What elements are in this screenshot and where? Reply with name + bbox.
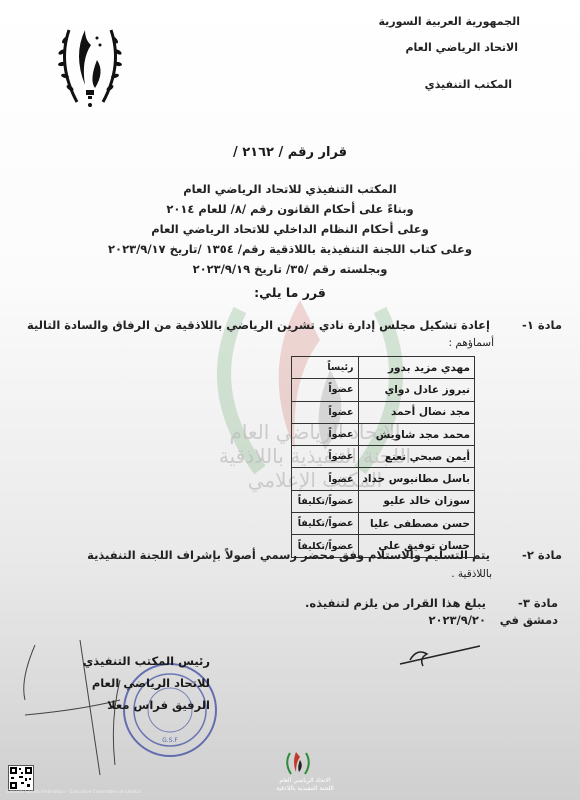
signature-block: رئيس المكتب التنفيذي للاتحاد الرياضي الع… (60, 650, 210, 716)
signatory-title: رئيس المكتب التنفيذي (60, 650, 210, 672)
article-1: مادة ١- إعادة تشكيل مجلس إدارة نادي تشري… (27, 318, 562, 332)
article-3: مادة ٣- يبلغ هذا القرار من يلزم لتنفيذه. (305, 596, 558, 610)
article-label: مادة ٣- (490, 596, 558, 610)
member-name: مجد نضال أحمد (358, 401, 475, 423)
signature-scribble-icon (395, 640, 485, 670)
table-row: مجد نضال أحمدعضواً (292, 401, 475, 423)
place-date: دمشق في ٢٠٢٣/٩/٢٠ (428, 613, 558, 627)
member-name: مهدي مزيد بدور (358, 357, 475, 379)
article-text: يتم التسليم والاستلام وفق محضر رسمي أصول… (87, 548, 490, 562)
signatory-title: للاتحاد الرياضي العام (60, 672, 210, 694)
qr-code-icon[interactable] (8, 765, 34, 791)
committee-line: الاتحاد الرياضي العام (255, 777, 355, 785)
member-role: عضواً (292, 379, 359, 401)
header-country: الجمهورية العربية السورية (378, 15, 520, 28)
header-office: المكتب التنفيذي (425, 78, 512, 91)
footer-caption: General Sports Federation - Executive Co… (6, 790, 141, 795)
member-role: عضواً/تكليفاً (292, 513, 359, 535)
member-name: سوزان خالد عليو (358, 490, 475, 512)
article-2-continuation: باللاذقية . (451, 568, 492, 580)
preamble-line: وعلى كتاب اللجنة التنفيذية باللاذقية رقم… (0, 242, 580, 256)
committee-logo-icon (283, 748, 313, 778)
member-name: نيروز عادل دواي (358, 379, 475, 401)
members-table: مهدي مزيد بدوررئيساً نيروز عادل دوايعضوا… (291, 356, 475, 558)
federation-logo-icon (55, 10, 125, 120)
table-row: أيمن صبحي نعنععضواً (292, 446, 475, 468)
signatory-name: الرفيق فراس معلا (60, 694, 210, 716)
header-organization: الاتحاد الرياضي العام (405, 41, 518, 54)
table-row: محمد مجد شاويشعضواً (292, 423, 475, 445)
committee-line: اللجنة التنفيذية باللاذقية (255, 785, 355, 793)
committee-logo-text: الاتحاد الرياضي العام اللجنة التنفيذية ب… (255, 777, 355, 793)
member-name: أيمن صبحي نعنع (358, 446, 475, 468)
table-row: حسن مصطفى علياعضواً/تكليفاً (292, 513, 475, 535)
svg-text:G.S.F: G.S.F (162, 737, 178, 744)
place-label: دمشق في (490, 613, 558, 627)
article-label: مادة ١- (494, 318, 562, 332)
decision-date: ٢٠٢٣/٩/٢٠ (428, 613, 486, 627)
member-role: عضواً (292, 446, 359, 468)
preamble-line: المكتب التنفيذي للاتحاد الرياضي العام (0, 182, 580, 196)
member-role: عضواً (292, 401, 359, 423)
preamble-line: وعلى أحكام النظام الداخلي للاتحاد الرياض… (0, 222, 580, 236)
table-row: باسل مطانيوس حدادعضواً (292, 468, 475, 490)
article-label: مادة ٢- (494, 548, 562, 562)
member-role: رئيساً (292, 357, 359, 379)
table-row: سوزان خالد عليوعضواً/تكليفاً (292, 490, 475, 512)
article-text: يبلغ هذا القرار من يلزم لتنفيذه. (305, 596, 486, 610)
decision-number: قرار رقم / ٢١٦٢ / (0, 145, 580, 160)
member-role: عضواً (292, 468, 359, 490)
resolved-heading: قرر ما يلي: (0, 285, 580, 300)
member-role: عضواً (292, 423, 359, 445)
table-row: مهدي مزيد بدوررئيساً (292, 357, 475, 379)
article-text: إعادة تشكيل مجلس إدارة نادي تشرين الرياض… (27, 318, 490, 332)
member-name: باسل مطانيوس حداد (358, 468, 475, 490)
member-role: عضواً/تكليفاً (292, 490, 359, 512)
preamble-line: وبجلسته رقم /٣٥/ تاريخ ٢٠٢٣/٩/١٩ (0, 262, 580, 276)
table-row: نيروز عادل دوايعضواً (292, 379, 475, 401)
article-2: مادة ٢- يتم التسليم والاستلام وفق محضر ر… (87, 548, 562, 562)
member-name: محمد مجد شاويش (358, 423, 475, 445)
preamble-line: وبناءً على أحكام القانون رقم /٨/ للعام ٢… (0, 202, 580, 216)
article-1-continuation: أسماؤهم : (449, 337, 494, 349)
member-name: حسن مصطفى عليا (358, 513, 475, 535)
